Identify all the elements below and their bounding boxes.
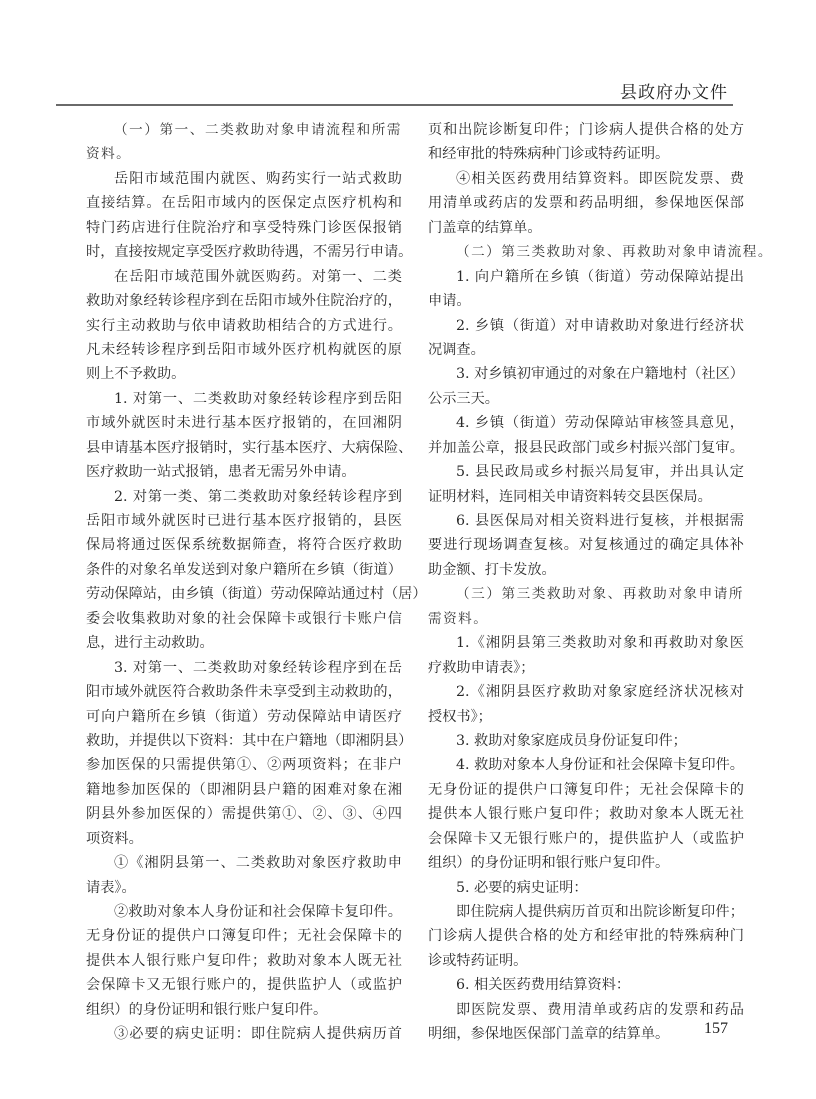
text-line: 岳阳市域外就医时已进行基本医疗报销的，县医 [86, 509, 402, 533]
text-line: 明细，参保地医保部门盖章的结算单。 [428, 1022, 744, 1046]
text-line: 2. 乡镇（街道）对申请救助对象进行经济状 [428, 314, 744, 338]
text-line: 疗救助申请表》； [428, 656, 744, 680]
text-line: 助金额、打卡发放。 [428, 558, 744, 582]
text-line: 门诊病人提供合格的处方和经审批的特殊病种门 [428, 924, 744, 948]
text-line: 组织）的身份证明和银行账户复印件。 [428, 851, 744, 875]
section-heading-line: （二）第三类救助对象、再救助对象申请流程。 [428, 240, 744, 264]
right-column: 页和出院诊断复印件；门诊病人提供合格的处方和经审批的特殊病种门诊或特药证明。④相… [428, 118, 744, 1047]
text-line: 1. 向户籍所在乡镇（街道）劳动保障站提出 [428, 265, 744, 289]
text-line: 在岳阳市域范围外就医购药。对第一、二类 [86, 265, 402, 289]
text-line: 县申请基本医疗报销时，实行基本医疗、大病保险、 [86, 436, 402, 460]
text-line: 授权书》； [428, 705, 744, 729]
text-line: 救助，并提供以下资料：其中在户籍地（即湘阴县） [86, 729, 402, 753]
text-line: 6. 相关医药费用结算资料： [428, 973, 744, 997]
text-line: 实行主动救助与依申请救助相结合的方式进行。 [86, 314, 402, 338]
text-line: 凡未经转诊程序到岳阳市域外医疗机构就医的原 [86, 338, 402, 362]
text-line: 即医院发票、费用清单或药店的发票和药品 [428, 998, 744, 1022]
text-line: 请表》。 [86, 876, 402, 900]
text-line: 要进行现场调查复核。对复核通过的确定具体补 [428, 533, 744, 557]
text-line: 2.《湘阴县医疗救助对象家庭经济状况核对 [428, 680, 744, 704]
text-line: 时，直接按规定享受医疗救助待遇，不需另行申请。 [86, 240, 402, 264]
text-line: 用清单或药店的发票和药品明细，参保地医保部 [428, 191, 744, 215]
text-line: 保局将通过医保系统数据筛查，将符合医疗救助 [86, 533, 402, 557]
section-heading-line: 资料。 [86, 142, 402, 166]
text-line: 即住院病人提供病历首页和出院诊断复印件； [428, 900, 744, 924]
text-line: 项资料。 [86, 827, 402, 851]
text-line: 会保障卡又无银行账户的，提供监护人（或监护 [86, 973, 402, 997]
left-column: （一）第一、二类救助对象申请流程和所需资料。岳阳市域范围内就医、购药实行一站式救… [86, 118, 402, 1047]
text-line: 则上不予救助。 [86, 362, 402, 386]
text-line: 岳阳市域范围内就医、购药实行一站式救助 [86, 167, 402, 191]
text-line: 阴县外参加医保的）需提供第①、②、③、④四 [86, 802, 402, 826]
text-line: ②救助对象本人身份证和社会保障卡复印件。 [86, 900, 402, 924]
text-line: 救助对象经转诊程序到在岳阳市域外住院治疗的， [86, 289, 402, 313]
text-line: 参加医保的只需提供第①、②两项资料；在非户 [86, 753, 402, 777]
text-line: 会保障卡又无银行账户的，提供监护人（或监护 [428, 827, 744, 851]
text-line: 5. 必要的病史证明： [428, 876, 744, 900]
text-line: 组织）的身份证明和银行账户复印件。 [86, 998, 402, 1022]
text-line: 条件的对象名单发送到对象户籍所在乡镇（街道） [86, 558, 402, 582]
text-line: 诊或特药证明。 [428, 949, 744, 973]
text-line: 委会收集救助对象的社会保障卡或银行卡账户信 [86, 607, 402, 631]
text-line: 提供本人银行账户复印件；救助对象本人既无社 [428, 802, 744, 826]
text-line: 3. 救助对象家庭成员身份证复印件； [428, 729, 744, 753]
text-line: 门盖章的结算单。 [428, 216, 744, 240]
text-line: 3. 对第一、二类救助对象经转诊程序到在岳 [86, 656, 402, 680]
section-heading-line: （三）第三类救助对象、再救助对象申请所 [428, 582, 744, 606]
text-line: 提供本人银行账户复印件；救助对象本人既无社 [86, 949, 402, 973]
text-line: ③必要的病史证明：即住院病人提供病历首 [86, 1022, 402, 1046]
text-line: 直接结算。在岳阳市域内的医保定点医疗机构和 [86, 191, 402, 215]
header-divider [56, 104, 733, 106]
text-line: 可向户籍所在乡镇（街道）劳动保障站申请医疗 [86, 705, 402, 729]
text-line: 特门药店进行住院治疗和享受特殊门诊医保报销 [86, 216, 402, 240]
text-line: 医疗救助一站式报销，患者无需另外申请。 [86, 460, 402, 484]
text-line: 4. 救助对象本人身份证和社会保障卡复印件。 [428, 753, 744, 777]
text-line: 公示三天。 [428, 387, 744, 411]
text-line: 3. 对乡镇初审通过的对象在户籍地村（社区） [428, 362, 744, 386]
text-line: 2. 对第一类、第二类救助对象经转诊程序到 [86, 485, 402, 509]
text-line: 5. 县民政局或乡村振兴局复审，并出具认定 [428, 460, 744, 484]
text-line: 1. 对第一、二类救助对象经转诊程序到岳阳 [86, 387, 402, 411]
text-line: 劳动保障站，由乡镇（街道）劳动保障站通过村（居） [86, 582, 402, 606]
running-header-title: 县政府办文件 [620, 78, 728, 103]
text-line: 无身份证的提供户口簿复印件；无社会保障卡的 [86, 924, 402, 948]
page-number: 157 [704, 1020, 728, 1038]
text-line: 并加盖公章，报县民政部门或乡村振兴部门复审。 [428, 436, 744, 460]
text-line: 阳市域外就医符合救助条件未享受到主动救助的， [86, 680, 402, 704]
section-heading-line: 需资料。 [428, 607, 744, 631]
text-line: 1.《湘阴县第三类救助对象和再救助对象医 [428, 631, 744, 655]
text-line: 无身份证的提供户口簿复印件；无社会保障卡的 [428, 778, 744, 802]
text-line: 息，进行主动救助。 [86, 631, 402, 655]
text-line: 市域外就医时未进行基本医疗报销的，在回湘阴 [86, 411, 402, 435]
text-line: 证明材料，连同相关申请资料转交县医保局。 [428, 485, 744, 509]
text-line: 页和出院诊断复印件；门诊病人提供合格的处方 [428, 118, 744, 142]
text-line: 4. 乡镇（街道）劳动保障站审核签具意见， [428, 411, 744, 435]
text-line: 况调查。 [428, 338, 744, 362]
section-heading-line: （一）第一、二类救助对象申请流程和所需 [86, 118, 402, 142]
text-line: 和经审批的特殊病种门诊或特药证明。 [428, 142, 744, 166]
text-line: 籍地参加医保的（即湘阴县户籍的困难对象在湘 [86, 778, 402, 802]
text-line: ①《湘阴县第一、二类救助对象医疗救助申 [86, 851, 402, 875]
text-line: 申请。 [428, 289, 744, 313]
text-line: 6. 县医保局对相关资料进行复核，并根据需 [428, 509, 744, 533]
text-line: ④相关医药费用结算资料。即医院发票、费 [428, 167, 744, 191]
